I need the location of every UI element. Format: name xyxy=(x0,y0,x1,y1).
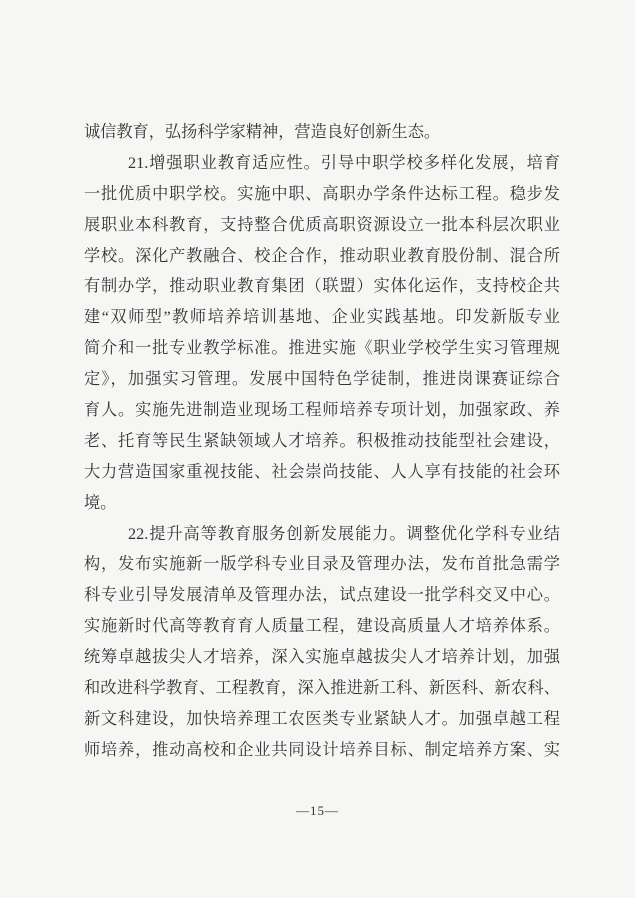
text-line: 师培养，推动高校和企业共同设计培养目标、制定培养方案、实 xyxy=(84,735,560,766)
paragraph-21: 21.增强职业教育适应性。引导中职学校多样化发展，培育 一批优质中职学校。实施中… xyxy=(84,148,560,519)
body-text: 诚信教育，弘扬科学家精神，营造良好创新生态。 21.增强职业教育适应性。引导中职… xyxy=(84,117,560,766)
paragraph-22: 22.提升高等教育服务创新发展能力。调整优化学科专业结 构，发布实施新一版学科专… xyxy=(84,519,560,766)
text-line: 展职业本科教育，支持整合优质高职资源设立一批本科层次职业 xyxy=(84,210,560,241)
text-line: 22.提升高等教育服务创新发展能力。调整优化学科专业结 xyxy=(84,519,560,550)
text-line: 构，发布实施新一版学科专业目录及管理办法，发布首批急需学 xyxy=(84,549,560,580)
text-line: 老、托育等民生紧缺领域人才培养。积极推动技能型社会建设， xyxy=(84,426,560,457)
text-line: 有制办学，推动职业教育集团（联盟）实体化运作，支持校企共 xyxy=(84,271,560,302)
text-line: 建“双师型”教师培养培训基地、企业实践基地。印发新版专业 xyxy=(84,302,560,333)
text-line: 诚信教育，弘扬科学家精神，营造良好创新生态。 xyxy=(84,117,560,148)
text-line: 育人。实施先进制造业现场工程师培养专项计划，加强家政、养 xyxy=(84,395,560,426)
text-line: 大力营造国家重视技能、社会崇尚技能、人人享有技能的社会环 xyxy=(84,457,560,488)
text-line: 统筹卓越拔尖人才培养，深入实施卓越拔尖人才培养计划，加强 xyxy=(84,642,560,673)
text-line: 21.增强职业教育适应性。引导中职学校多样化发展，培育 xyxy=(84,148,560,179)
text-line: 科专业引导发展清单及管理办法，试点建设一批学科交叉中心。 xyxy=(84,580,560,611)
text-line: 定》，加强实习管理。发展中国特色学徒制，推进岗课赛证综合 xyxy=(84,364,560,395)
text-line: 新文科建设，加快培养理工农医类专业紧缺人才。加强卓越工程 xyxy=(84,704,560,735)
document-page: 诚信教育，弘扬科学家精神，营造良好创新生态。 21.增强职业教育适应性。引导中职… xyxy=(0,0,635,898)
text-line: 简介和一批专业教学标准。推进实施《职业学校学生实习管理规 xyxy=(84,333,560,364)
page-number: —15— xyxy=(0,803,635,819)
text-line: 实施新时代高等教育育人质量工程，建设高质量人才培养体系。 xyxy=(84,611,560,642)
text-line: 学校。深化产教融合、校企合作，推动职业教育股份制、混合所 xyxy=(84,241,560,272)
text-line: 一批优质中职学校。实施中职、高职办学条件达标工程。稳步发 xyxy=(84,179,560,210)
text-line: 境。 xyxy=(84,488,560,519)
paragraph-continuation: 诚信教育，弘扬科学家精神，营造良好创新生态。 xyxy=(84,117,560,148)
text-line: 和改进科学教育、工程教育，深入推进新工科、新医科、新农科、 xyxy=(84,673,560,704)
